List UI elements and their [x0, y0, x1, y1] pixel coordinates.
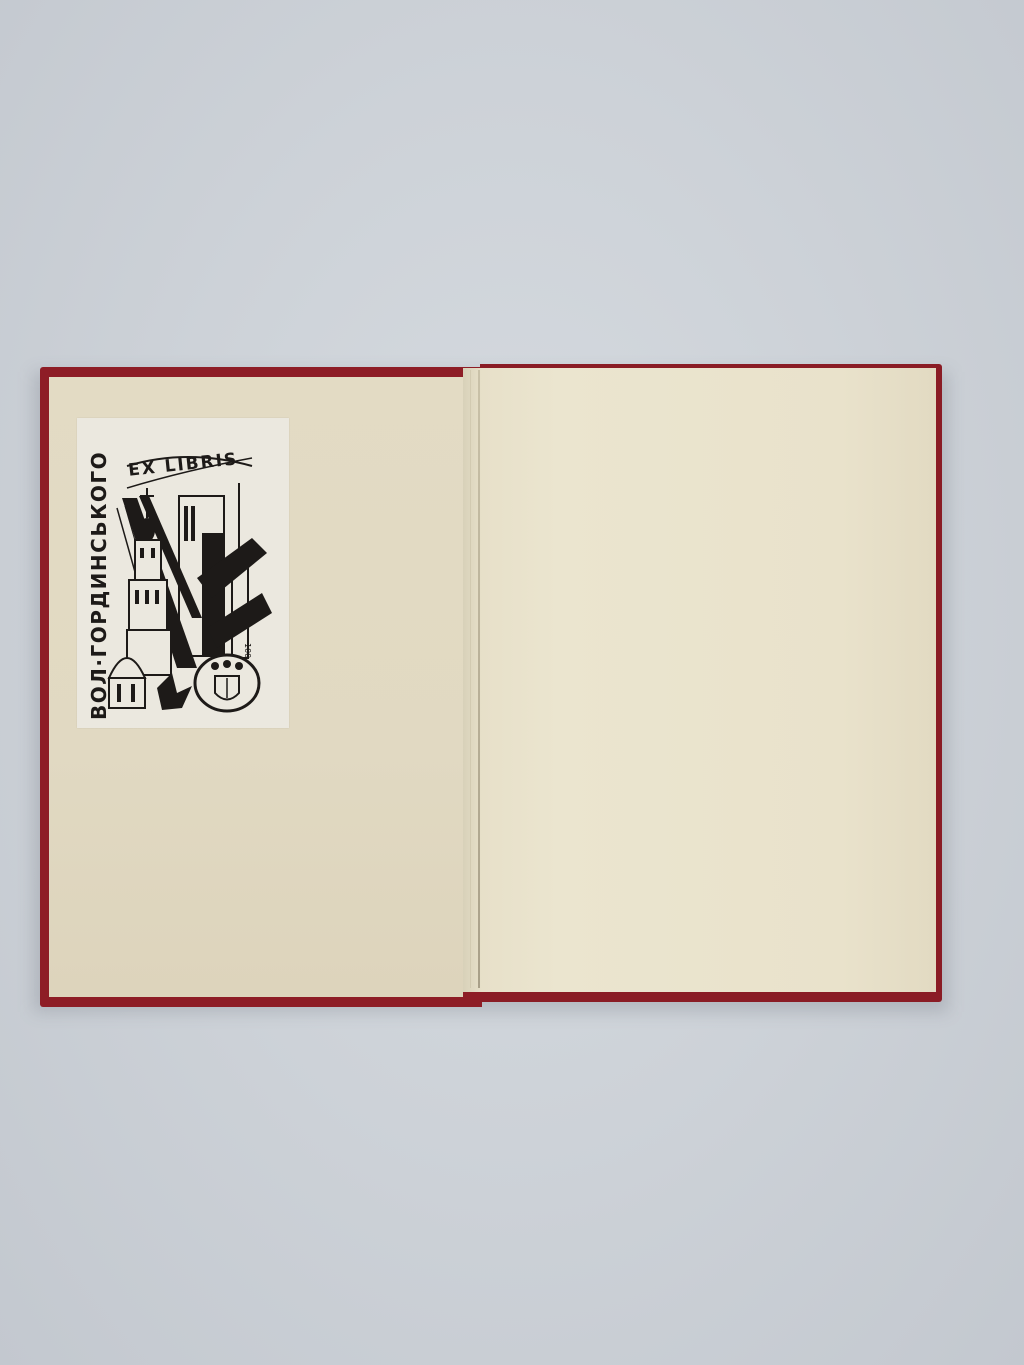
gutter-line: [478, 370, 480, 988]
owner-name: ВОЛ·ГОРДИНСЬКОГО: [87, 451, 111, 720]
hinge-line: [470, 370, 471, 988]
right-flyleaf-page: [463, 368, 936, 992]
scale-label: 100: [243, 643, 252, 658]
ex-libris-bookplate: 100 EX LIBRIS ВОЛ·ГОРДИНСЬКОГО: [77, 418, 289, 728]
